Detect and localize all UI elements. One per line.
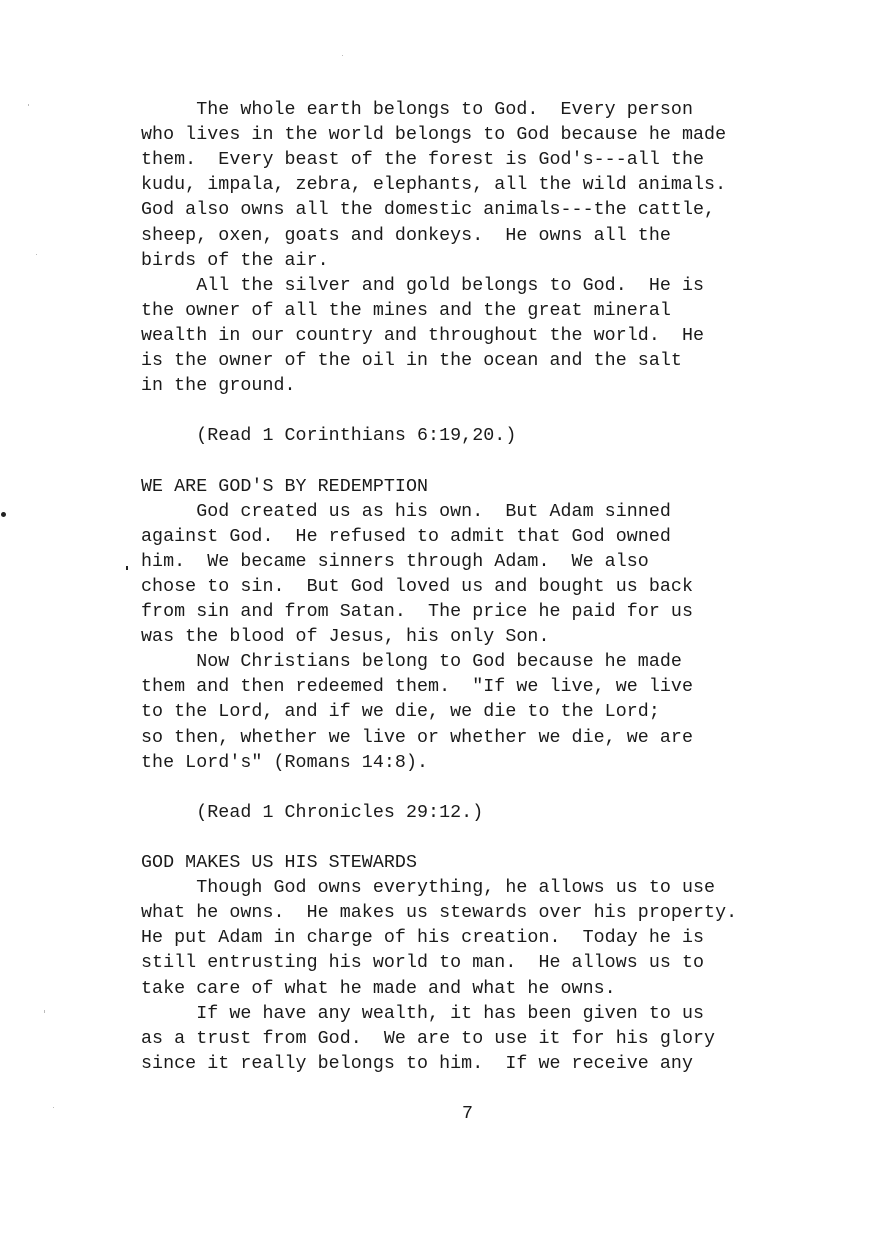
text-line: them. Every beast of the forest is God's… xyxy=(141,147,704,172)
scan-mark xyxy=(126,566,128,570)
text-line: kudu, impala, zebra, elephants, all the … xyxy=(141,172,726,197)
page-number: 7 xyxy=(0,1103,872,1124)
text-line: the Lord's" (Romans 14:8). xyxy=(141,750,428,775)
text-line: who lives in the world belongs to God be… xyxy=(141,122,726,147)
section-heading: GOD MAKES US HIS STEWARDS xyxy=(141,850,417,875)
text-line: against God. He refused to admit that Go… xyxy=(141,524,671,549)
text-line: to the Lord, and if we die, we die to th… xyxy=(141,699,660,724)
text-line: All the silver and gold belongs to God. … xyxy=(141,273,704,298)
text-line: He put Adam in charge of his creation. T… xyxy=(141,925,704,950)
text-line: the owner of all the mines and the great… xyxy=(141,298,671,323)
scan-speck xyxy=(342,55,343,56)
scan-speck xyxy=(28,104,29,106)
text-line: him. We became sinners through Adam. We … xyxy=(141,549,649,574)
text-line: wealth in our country and throughout the… xyxy=(141,323,704,348)
scan-speck xyxy=(36,254,37,255)
text-line: from sin and from Satan. The price he pa… xyxy=(141,599,693,624)
text-line: as a trust from God. We are to use it fo… xyxy=(141,1026,715,1051)
document-page: The whole earth belongs to God. Every pe… xyxy=(0,0,872,1239)
text-line: (Read 1 Chronicles 29:12.) xyxy=(141,800,483,825)
text-line: chose to sin. But God loved us and bough… xyxy=(141,574,693,599)
text-line: what he owns. He makes us stewards over … xyxy=(141,900,737,925)
text-line: Though God owns everything, he allows us… xyxy=(141,875,715,900)
text-line: birds of the air. xyxy=(141,248,329,273)
text-line: was the blood of Jesus, his only Son. xyxy=(141,624,549,649)
text-line: in the ground. xyxy=(141,373,296,398)
text-line: since it really belongs to him. If we re… xyxy=(141,1051,693,1076)
text-line: so then, whether we live or whether we d… xyxy=(141,725,693,750)
section-heading: WE ARE GOD'S BY REDEMPTION xyxy=(141,474,428,499)
scan-mark xyxy=(1,512,6,517)
text-line: still entrusting his world to man. He al… xyxy=(141,950,704,975)
text-line: is the owner of the oil in the ocean and… xyxy=(141,348,682,373)
text-line: sheep, oxen, goats and donkeys. He owns … xyxy=(141,223,671,248)
scan-speck xyxy=(44,1010,45,1013)
scan-speck xyxy=(53,1107,54,1108)
text-line: God created us as his own. But Adam sinn… xyxy=(141,499,671,524)
text-line: God also owns all the domestic animals--… xyxy=(141,197,715,222)
text-line: them and then redeemed them. "If we live… xyxy=(141,674,693,699)
text-line: If we have any wealth, it has been given… xyxy=(141,1001,704,1026)
text-line: Now Christians belong to God because he … xyxy=(141,649,682,674)
text-line: The whole earth belongs to God. Every pe… xyxy=(141,97,693,122)
text-line: take care of what he made and what he ow… xyxy=(141,976,616,1001)
text-line: (Read 1 Corinthians 6:19,20.) xyxy=(141,423,516,448)
